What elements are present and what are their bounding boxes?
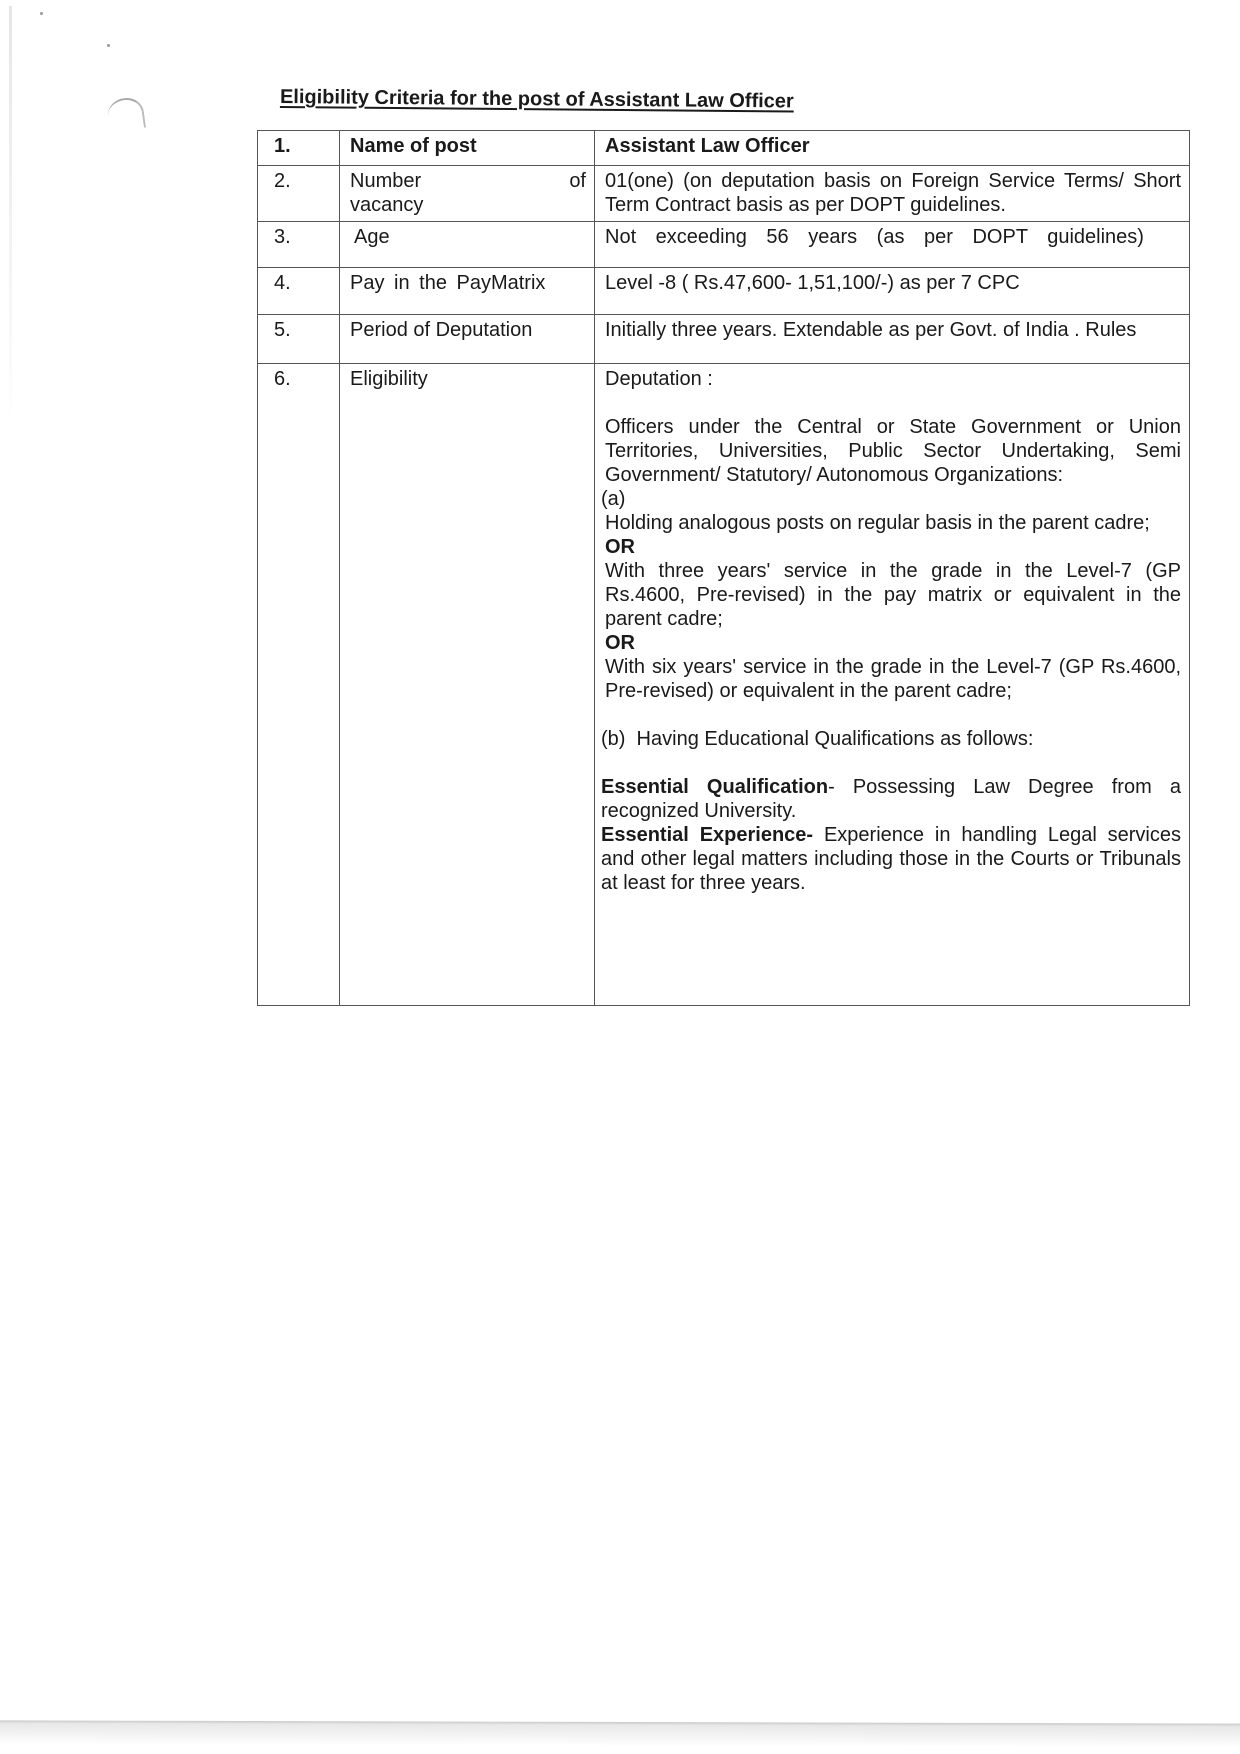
row-number: 4. xyxy=(258,268,340,315)
clause-b: (b) Having Educational Qualifications as… xyxy=(601,727,1181,751)
experience-label: Essential Experience- xyxy=(601,824,813,846)
row-value: Assistant Law Officer xyxy=(595,131,1190,166)
table-row: 4. Pay in the PayMatrix Level -8 ( Rs.47… xyxy=(258,268,1190,315)
row-label: Eligibility xyxy=(340,364,595,1006)
row-label: Name of post xyxy=(340,131,595,166)
document-title: Eligibility Criteria for the post of Ass… xyxy=(280,86,794,113)
row-number: 6. xyxy=(258,364,340,1006)
label-part: vacancy xyxy=(350,193,586,217)
row-label: Age xyxy=(340,222,595,268)
scan-speck xyxy=(107,44,110,47)
scan-mark xyxy=(106,96,146,133)
scan-edge-bottom xyxy=(0,1720,1240,1747)
table-row: 5. Period of Deputation Initially three … xyxy=(258,315,1190,364)
essential-experience: Essential Experience- Experience in hand… xyxy=(601,823,1181,895)
row-label: Pay in the PayMatrix xyxy=(340,268,595,315)
row-value: Initially three years. Extendable as per… xyxy=(595,315,1190,364)
row-value: 01(one) (on deputation basis on Foreign … xyxy=(595,166,1190,222)
row-value: Level -8 ( Rs.47,600- 1,51,100/-) as per… xyxy=(595,268,1190,315)
scan-edge-left xyxy=(9,6,12,426)
label-part: of xyxy=(569,169,586,193)
table-row: 3. Age Not exceeding 56 years (as per DO… xyxy=(258,222,1190,268)
option-2: With three years' service in the grade i… xyxy=(605,559,1181,631)
essential-qualification: Essential Qualification- Possessing Law … xyxy=(601,775,1181,823)
scan-speck xyxy=(40,12,43,15)
or-separator: OR xyxy=(605,535,1181,559)
table-row: 2. Number of vacancy 01(one) (on deputat… xyxy=(258,166,1190,222)
row-label: Period of Deputation xyxy=(340,315,595,364)
option-3: With six years' service in the grade in … xyxy=(605,655,1181,703)
eligibility-details: Deputation : Officers under the Central … xyxy=(595,364,1190,1006)
table-row: 1. Name of post Assistant Law Officer xyxy=(258,131,1190,166)
qualification-label: Essential Qualification xyxy=(601,776,828,798)
table-row: 6. Eligibility Deputation : Officers und… xyxy=(258,364,1190,1006)
eligibility-intro: Officers under the Central or State Gove… xyxy=(605,415,1181,487)
row-number: 3. xyxy=(258,222,340,268)
row-value: Not exceeding 56 years (as per DOPT guid… xyxy=(595,222,1190,268)
row-number: 5. xyxy=(258,315,340,364)
or-separator: OR xyxy=(605,631,1181,655)
label-part: Number xyxy=(350,169,421,193)
option-1: Holding analogous posts on regular basis… xyxy=(605,511,1181,535)
row-number: 1. xyxy=(258,131,340,166)
clause-a: (a) xyxy=(601,487,1181,511)
row-label: Number of vacancy xyxy=(340,166,595,222)
eligibility-table: 1. Name of post Assistant Law Officer 2.… xyxy=(257,130,1190,1006)
row-number: 2. xyxy=(258,166,340,222)
deputation-heading: Deputation : xyxy=(605,367,1181,391)
